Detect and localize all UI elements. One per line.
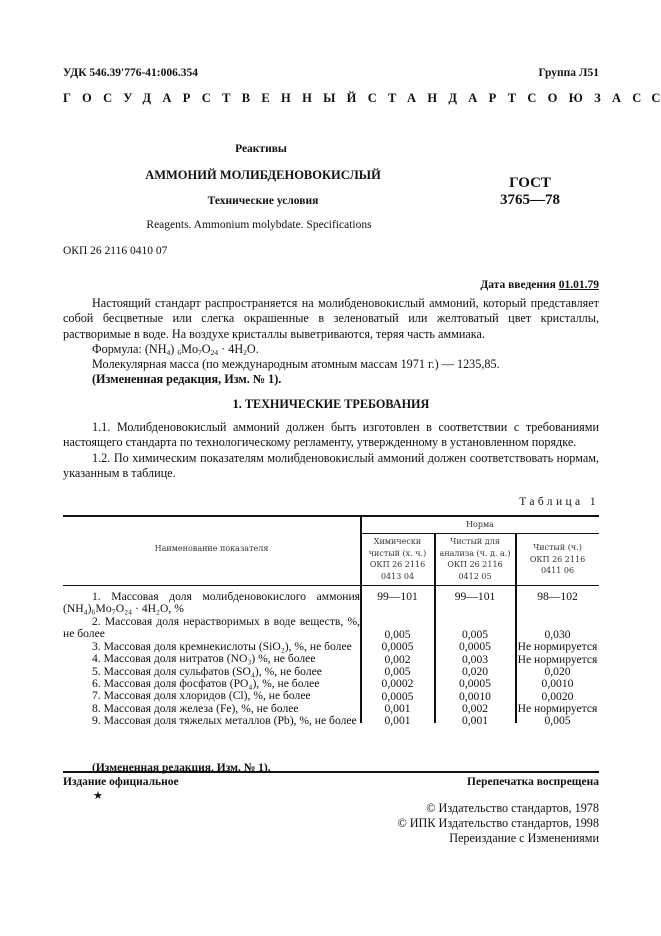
table-cell-value: 0,0010 (516, 678, 599, 690)
official-edition: Издание официальное (63, 776, 179, 788)
table-row-name: 9. Массовая доля тяжелых металлов (Pb), … (63, 715, 360, 727)
table-cell-value: 0,001 (361, 715, 434, 727)
intro-date-value: 01.01.79 (559, 279, 599, 291)
table-cell-value: Не нормируется (516, 641, 599, 653)
grade-header-chda: Чистый для анализа (ч. д. а.) ОКП 26 211… (435, 536, 515, 582)
table-cell-value: 0,0005 (435, 678, 515, 690)
table-cell-value: 98—102 (516, 591, 599, 603)
state-word: СТАНДАРТ (368, 91, 528, 106)
formula-line: Формула: (NH4) 6Mo7O24 · 4H2O. (63, 342, 599, 357)
table-cell-value: 0,0005 (361, 641, 434, 653)
udk-code: УДК 546.39'776-41:006.354 (63, 67, 198, 79)
grade-header-xch: Химически чистый (х. ч.) ОКП 26 2116 041… (361, 536, 434, 582)
table-cell-value: 0,005 (516, 715, 599, 727)
amendment-note: (Измененная редакция, Изм. № 1). (63, 372, 599, 387)
intro-date-label: Дата введения (480, 279, 556, 291)
copyright-line: Переиздание с Изменениями (339, 831, 599, 846)
intro-paragraph: Настоящий стандарт распространяется на м… (63, 296, 599, 342)
document-title: АММОНИЙ МОЛИБДЕНОВОКИСЛЫЙ (63, 168, 463, 183)
reprint-prohibited: Перепечатка воспрещена (467, 776, 599, 788)
section-title: 1. ТЕХНИЧЕСКИЕ ТРЕБОВАНИЯ (63, 397, 599, 412)
table-cell-value: 99—101 (435, 591, 515, 603)
table-cell-value: 0,001 (435, 715, 515, 727)
copyright-line: © Издательство стандартов, 1978 (339, 801, 599, 816)
grade-header-ch: Чистый (ч.) ОКП 26 2116 0411 06 (516, 542, 599, 577)
table-row-name: 2. Массовая доля нерастворимых в воде ве… (63, 616, 360, 641)
footer-rule (63, 771, 599, 773)
intro-section: Настоящий стандарт распространяется на м… (63, 296, 599, 388)
table-row-name: 7. Массовая доля хлоридов (Cl), %, не бо… (63, 690, 360, 702)
formula-label: Формула: (92, 342, 142, 356)
table-cell-value: 99—101 (361, 591, 434, 603)
copyright-block: © Издательство стандартов, 1978 © ИПК Из… (339, 801, 599, 847)
molar-mass: Молекулярная масса (по международным ато… (63, 357, 599, 372)
copyright-line: © ИПК Издательство стандартов, 1998 (339, 816, 599, 831)
table-row-name: 4. Массовая доля нитратов (NO₃) %, не бо… (63, 653, 360, 665)
section-body: 1.1. Молибденовокислый аммоний должен бы… (63, 420, 599, 481)
okp-code: ОКП 26 2116 0410 07 (63, 245, 167, 257)
norm-header: Норма (361, 519, 599, 531)
state-word: ССР (632, 91, 661, 106)
category-label: Реактивы (63, 143, 459, 155)
col-name-header: Наименование показателя (63, 543, 360, 555)
group-code: Группа Л51 (538, 67, 599, 79)
document-subtitle: Технические условия (63, 195, 463, 207)
gost-number: 3765—78 (455, 192, 605, 209)
english-title: Reagents. Ammonium molybdate. Specificat… (63, 219, 455, 231)
gost-number-block: ГОСТ 3765—78 (455, 175, 605, 209)
intro-date: Дата введения 01.01.79 (480, 279, 599, 291)
star-icon: ★ (93, 789, 103, 802)
table-label: Таблица 1 (519, 496, 599, 508)
table-top-rule (63, 515, 599, 517)
state-word: ГОСУДАРСТВЕННЫЙ (63, 91, 368, 106)
state-word: СОЮЗА (527, 91, 632, 106)
norm-header-rule (361, 533, 599, 534)
table-cell-value: 0,0005 (435, 641, 515, 653)
table-cell-value: 0,0002 (361, 678, 434, 690)
state-standard-heading: ГОСУДАРСТВЕННЫЙ СТАНДАРТ СОЮЗА ССР (63, 91, 599, 106)
gost-label: ГОСТ (455, 175, 605, 192)
table-row-name: 1. Массовая доля молибденовокислого аммо… (63, 591, 360, 616)
clause-1-2: 1.2. По химическим показателям молибдено… (63, 451, 599, 482)
clause-1-1: 1.1. Молибденовокислый аммоний должен бы… (63, 420, 599, 451)
table-header-rule (63, 585, 599, 586)
